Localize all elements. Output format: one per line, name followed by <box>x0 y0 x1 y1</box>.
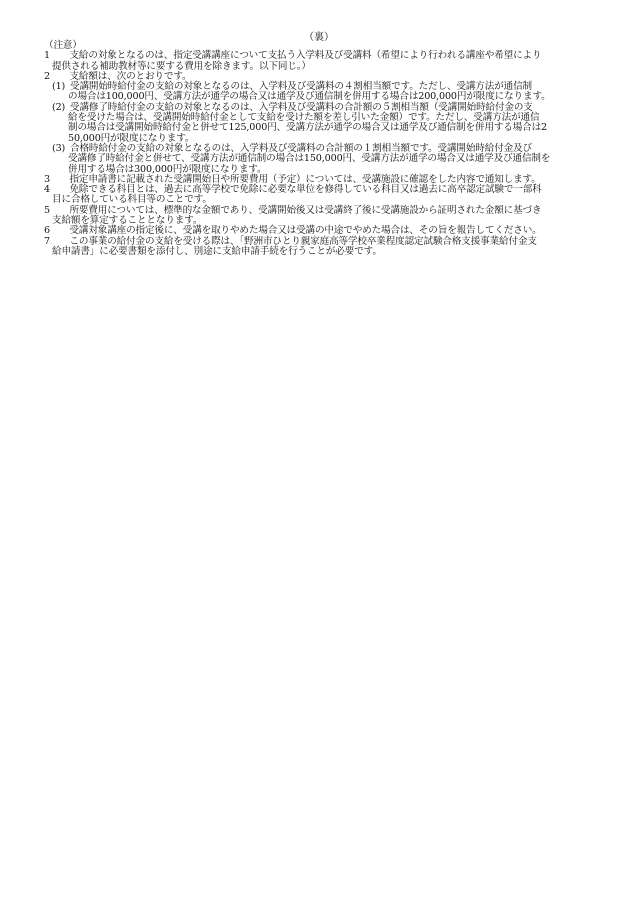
document-page: （裏） （注意） 1 支給の対象となるのは、指定受講講座について支払う入学料及び… <box>0 0 630 903</box>
item-text: この事業の給付金の支給を受ける際は、「野洲市ひとり親家庭高等学校卒業程度認定試験… <box>60 236 537 247</box>
note-item-7-cont: 給申請書」に必要書類を添付し、別途に支給申請手続を行うことが必要です。 <box>44 247 604 257</box>
notes-section: （注意） 1 支給の対象となるのは、指定受講講座について支払う入学料及び受講料（… <box>44 41 604 257</box>
item-text: 支給の対象となるのは、指定受講講座について支払う入学料及び受講料（希望により行わ… <box>60 50 541 61</box>
